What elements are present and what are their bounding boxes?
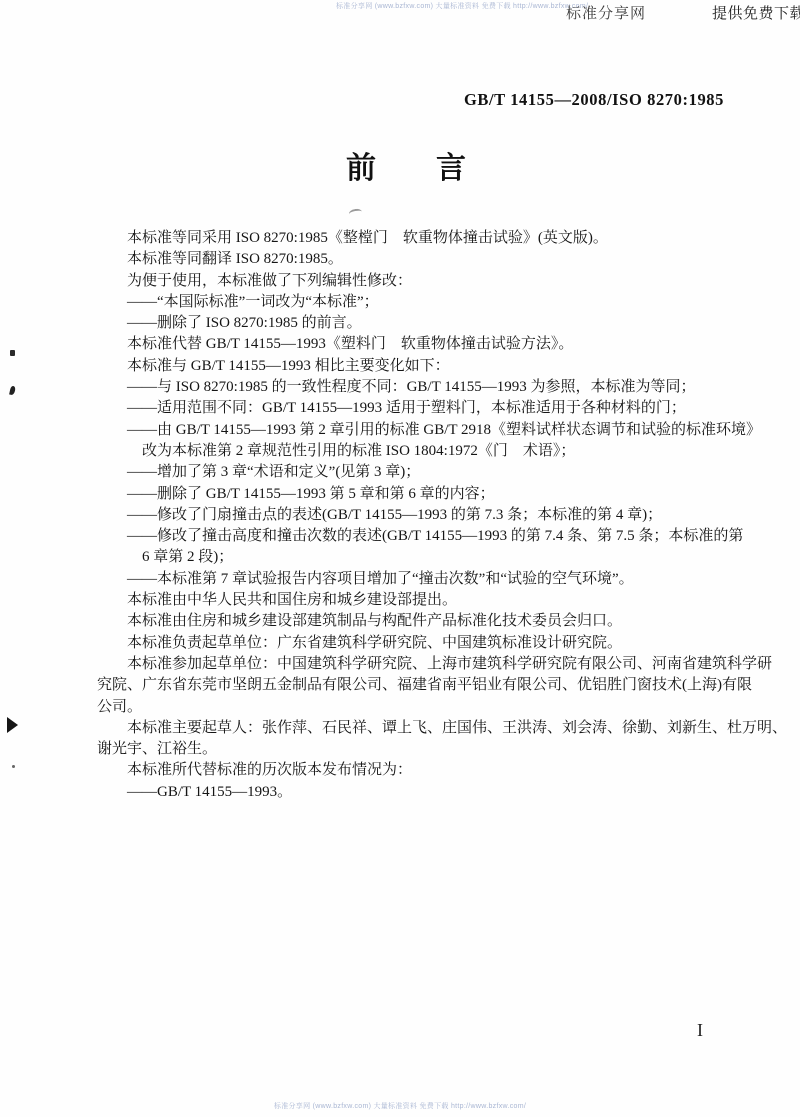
body-text-line: ——增加了第 3 章“术语和定义”(见第 3 章)； xyxy=(97,462,715,483)
scan-artifact-triangle xyxy=(7,717,18,733)
body-text-line: ——“本国际标准”一词改为“本标准”； xyxy=(97,292,715,313)
body-text-line: 为便于使用，本标准做了下列编辑性修改： xyxy=(97,271,715,292)
body-text-line: ——由 GB/T 14155—1993 第 2 章引用的标准 GB/T 2918… xyxy=(97,420,715,441)
body-text-line: 究院、广东省东莞市坚朗五金制品有限公司、福建省南平铝业有限公司、优铝胜门窗技术(… xyxy=(97,675,715,696)
body-text-line: 本标准负责起草单位：广东省建筑科学研究院、中国建筑标准设计研究院。 xyxy=(97,633,715,654)
watermark-url-bottom: 标准分享网 (www.bzfxw.com) 大量标准资料 免费下载 http:/… xyxy=(274,1103,526,1111)
body-text-line: 本标准与 GB/T 14155—1993 相比主要变化如下： xyxy=(97,356,715,377)
body-text-line: ——与 ISO 8270:1985 的一致性程度不同：GB/T 14155—19… xyxy=(97,377,715,398)
page-title: 前 言 xyxy=(97,150,715,188)
body-text-line: 本标准等同翻译 ISO 8270:1985。 xyxy=(97,249,715,270)
scan-artifact-dot xyxy=(12,765,15,768)
standard-number: GB/T 14155—2008/ISO 8270:1985 xyxy=(464,90,724,110)
page-number: I xyxy=(697,1020,703,1041)
body-text-line: 6 章第 2 段)； xyxy=(97,547,715,568)
body-text-line: ——修改了门扇撞击点的表述(GB/T 14155—1993 的第 7.3 条；本… xyxy=(97,505,715,526)
body-text-line: ——修改了撞击高度和撞击次数的表述(GB/T 14155—1993 的第 7.4… xyxy=(97,526,715,547)
foreword-body: 本标准等同采用 ISO 8270:1985《整樘门 软重物体撞击试验》(英文版)… xyxy=(97,228,715,803)
download-note-label: 提供免费下载 xyxy=(712,2,800,23)
document-page: 标准分享网 (www.bzfxw.com) 大量标准资料 免费下载 http:/… xyxy=(0,0,800,1117)
body-text-line: 本标准所代替标准的历次版本发布情况为： xyxy=(97,760,715,781)
body-text-line: ——删除了 GB/T 14155—1993 第 5 章和第 6 章的内容； xyxy=(97,484,715,505)
scan-artifact-mark xyxy=(10,350,15,356)
body-text-line: 谢光宇、江裕生。 xyxy=(97,739,715,760)
watermark-url-top: 标准分享网 (www.bzfxw.com) 大量标准资料 免费下载 http:/… xyxy=(336,3,588,11)
body-text-line: 改为本标准第 2 章规范性引用的标准 ISO 1804:1972《门 术语》； xyxy=(97,441,715,462)
body-text-line: 本标准主要起草人：张作萍、石民祥、谭上飞、庄国伟、王洪涛、刘会涛、徐勤、刘新生、… xyxy=(97,718,715,739)
body-text-line: 公司。 xyxy=(97,697,715,718)
body-text-line: 本标准代替 GB/T 14155—1993《塑料门 软重物体撞击试验方法》。 xyxy=(97,334,715,355)
body-text-line: 本标准由住房和城乡建设部建筑制品与构配件产品标准化技术委员会归口。 xyxy=(97,611,715,632)
body-text-line: ——删除了 ISO 8270:1985 的前言。 xyxy=(97,313,715,334)
site-name-label: 标准分享网 xyxy=(566,2,646,23)
body-text-line: ——适用范围不同：GB/T 14155—1993 适用于塑料门，本标准适用于各种… xyxy=(97,398,715,419)
body-text-line: ——GB/T 14155—1993。 xyxy=(97,782,715,803)
body-text-line: 本标准参加起草单位：中国建筑科学研究院、上海市建筑科学研究院有限公司、河南省建筑… xyxy=(97,654,715,675)
scan-artifact-mark xyxy=(9,386,16,396)
body-text-line: ——本标准第 7 章试验报告内容项目增加了“撞击次数”和“试验的空气环境”。 xyxy=(97,569,715,590)
body-text-line: 本标准等同采用 ISO 8270:1985《整樘门 软重物体撞击试验》(英文版)… xyxy=(97,228,715,249)
scan-artifact-smudge xyxy=(348,208,362,218)
body-text-line: 本标准由中华人民共和国住房和城乡建设部提出。 xyxy=(97,590,715,611)
